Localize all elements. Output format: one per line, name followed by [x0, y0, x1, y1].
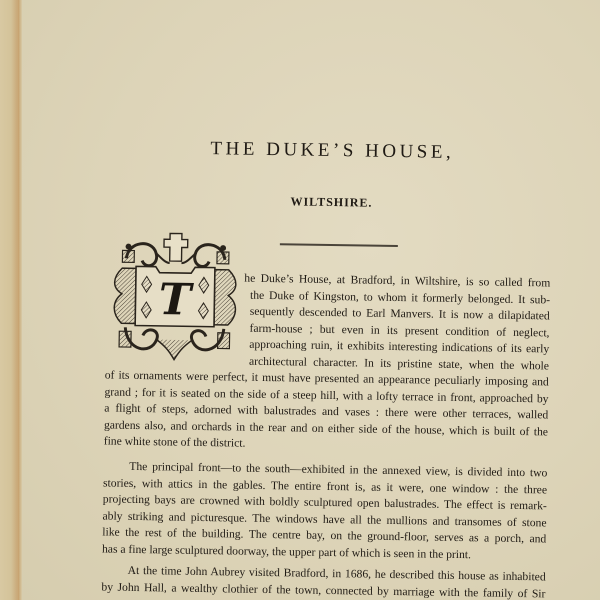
- paragraph-1: he Duke’s House, at Bradford, in Wiltshi…: [243, 271, 551, 375]
- title-main: THE DUKE: [210, 138, 333, 161]
- page-subtitle: WILTSHIRE.: [1, 190, 600, 215]
- paragraph-3: At the time John Aubrey visited Bradford…: [101, 562, 545, 600]
- page-title: THE DUKE’S HOUSE,: [2, 135, 600, 167]
- ornamental-drop-cap-icon: T: [105, 228, 245, 364]
- title-rest: S HOUSE,: [343, 140, 455, 163]
- paragraph-1-continued: of its ornaments were perfect, it must h…: [104, 367, 549, 456]
- paragraph-2: The principal front—to the south—exhibit…: [102, 458, 548, 564]
- drop-cap-letter: T: [158, 274, 194, 326]
- page-content: THE DUKE’S HOUSE, WILTSHIRE.: [0, 0, 600, 600]
- title-rule-divider: [280, 243, 398, 246]
